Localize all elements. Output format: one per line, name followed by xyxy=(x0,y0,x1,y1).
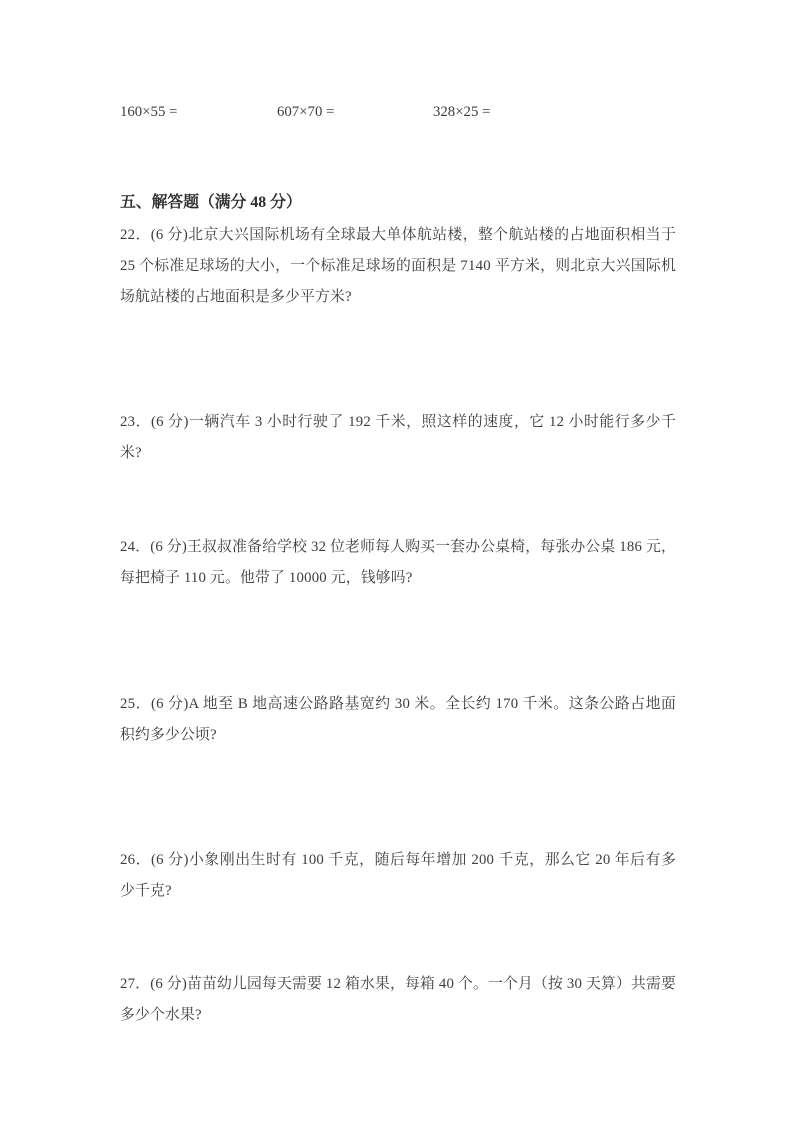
problem-26-text: 小象刚出生时有 100 千克，随后每年增加 200 千克，那么它 20 年后有多… xyxy=(120,852,676,899)
problem-23: 23．(6 分)一辆汽车 3 小时行驶了 192 千米，照这样的速度，它 12 … xyxy=(120,407,676,469)
problem-27: 27．(6 分)苗苗幼儿园每天需要 12 箱水果，每箱 40 个。一个月（按 3… xyxy=(120,969,676,1031)
problem-24-text: 王叔叔准备给学校 32 位老师每人购买一套办公桌椅，每张办公桌 186 元，每把… xyxy=(120,539,676,586)
problem-22-number: 22．(6 分) xyxy=(120,227,188,243)
worksheet-page: 160×55 = 607×70 = 328×25 = 五、解答题（满分 48 分… xyxy=(0,0,793,1122)
problem-24-number: 24．(6 分) xyxy=(120,539,187,555)
calc-expression-2: 607×70 = xyxy=(277,97,334,128)
problem-25-number: 25．(6 分) xyxy=(120,696,188,712)
problem-24: 24．(6 分)王叔叔准备给学校 32 位老师每人购买一套办公桌椅，每张办公桌 … xyxy=(120,532,676,594)
problem-26: 26．(6 分)小象刚出生时有 100 千克，随后每年增加 200 千克，那么它… xyxy=(120,845,676,907)
calculation-exercises-row: 160×55 = 607×70 = 328×25 = xyxy=(120,97,675,128)
calc-expression-1: 160×55 = xyxy=(120,97,177,128)
problem-27-number: 27．(6 分) xyxy=(120,976,187,992)
problem-27-text: 苗苗幼儿园每天需要 12 箱水果，每箱 40 个。一个月（按 30 天算）共需要… xyxy=(120,976,676,1023)
problem-23-text: 一辆汽车 3 小时行驶了 192 千米，照这样的速度，它 12 小时能行多少千米… xyxy=(120,414,676,461)
problem-23-number: 23．(6 分) xyxy=(120,414,189,430)
problem-25: 25．(6 分)A 地至 B 地高速公路路基宽约 30 米。全长约 170 千米… xyxy=(120,689,676,751)
calc-expression-3: 328×25 = xyxy=(433,97,490,128)
problem-22-text: 北京大兴国际机场有全球最大单体航站楼，整个航站楼的占地面积相当于 25 个标准足… xyxy=(120,227,676,305)
problem-26-number: 26．(6 分) xyxy=(120,852,189,868)
problem-25-text: A 地至 B 地高速公路路基宽约 30 米。全长约 170 千米。这条公路占地面… xyxy=(120,696,676,743)
problem-22: 22．(6 分)北京大兴国际机场有全球最大单体航站楼，整个航站楼的占地面积相当于… xyxy=(120,220,676,313)
section-header: 五、解答题（满分 48 分） xyxy=(120,191,680,215)
